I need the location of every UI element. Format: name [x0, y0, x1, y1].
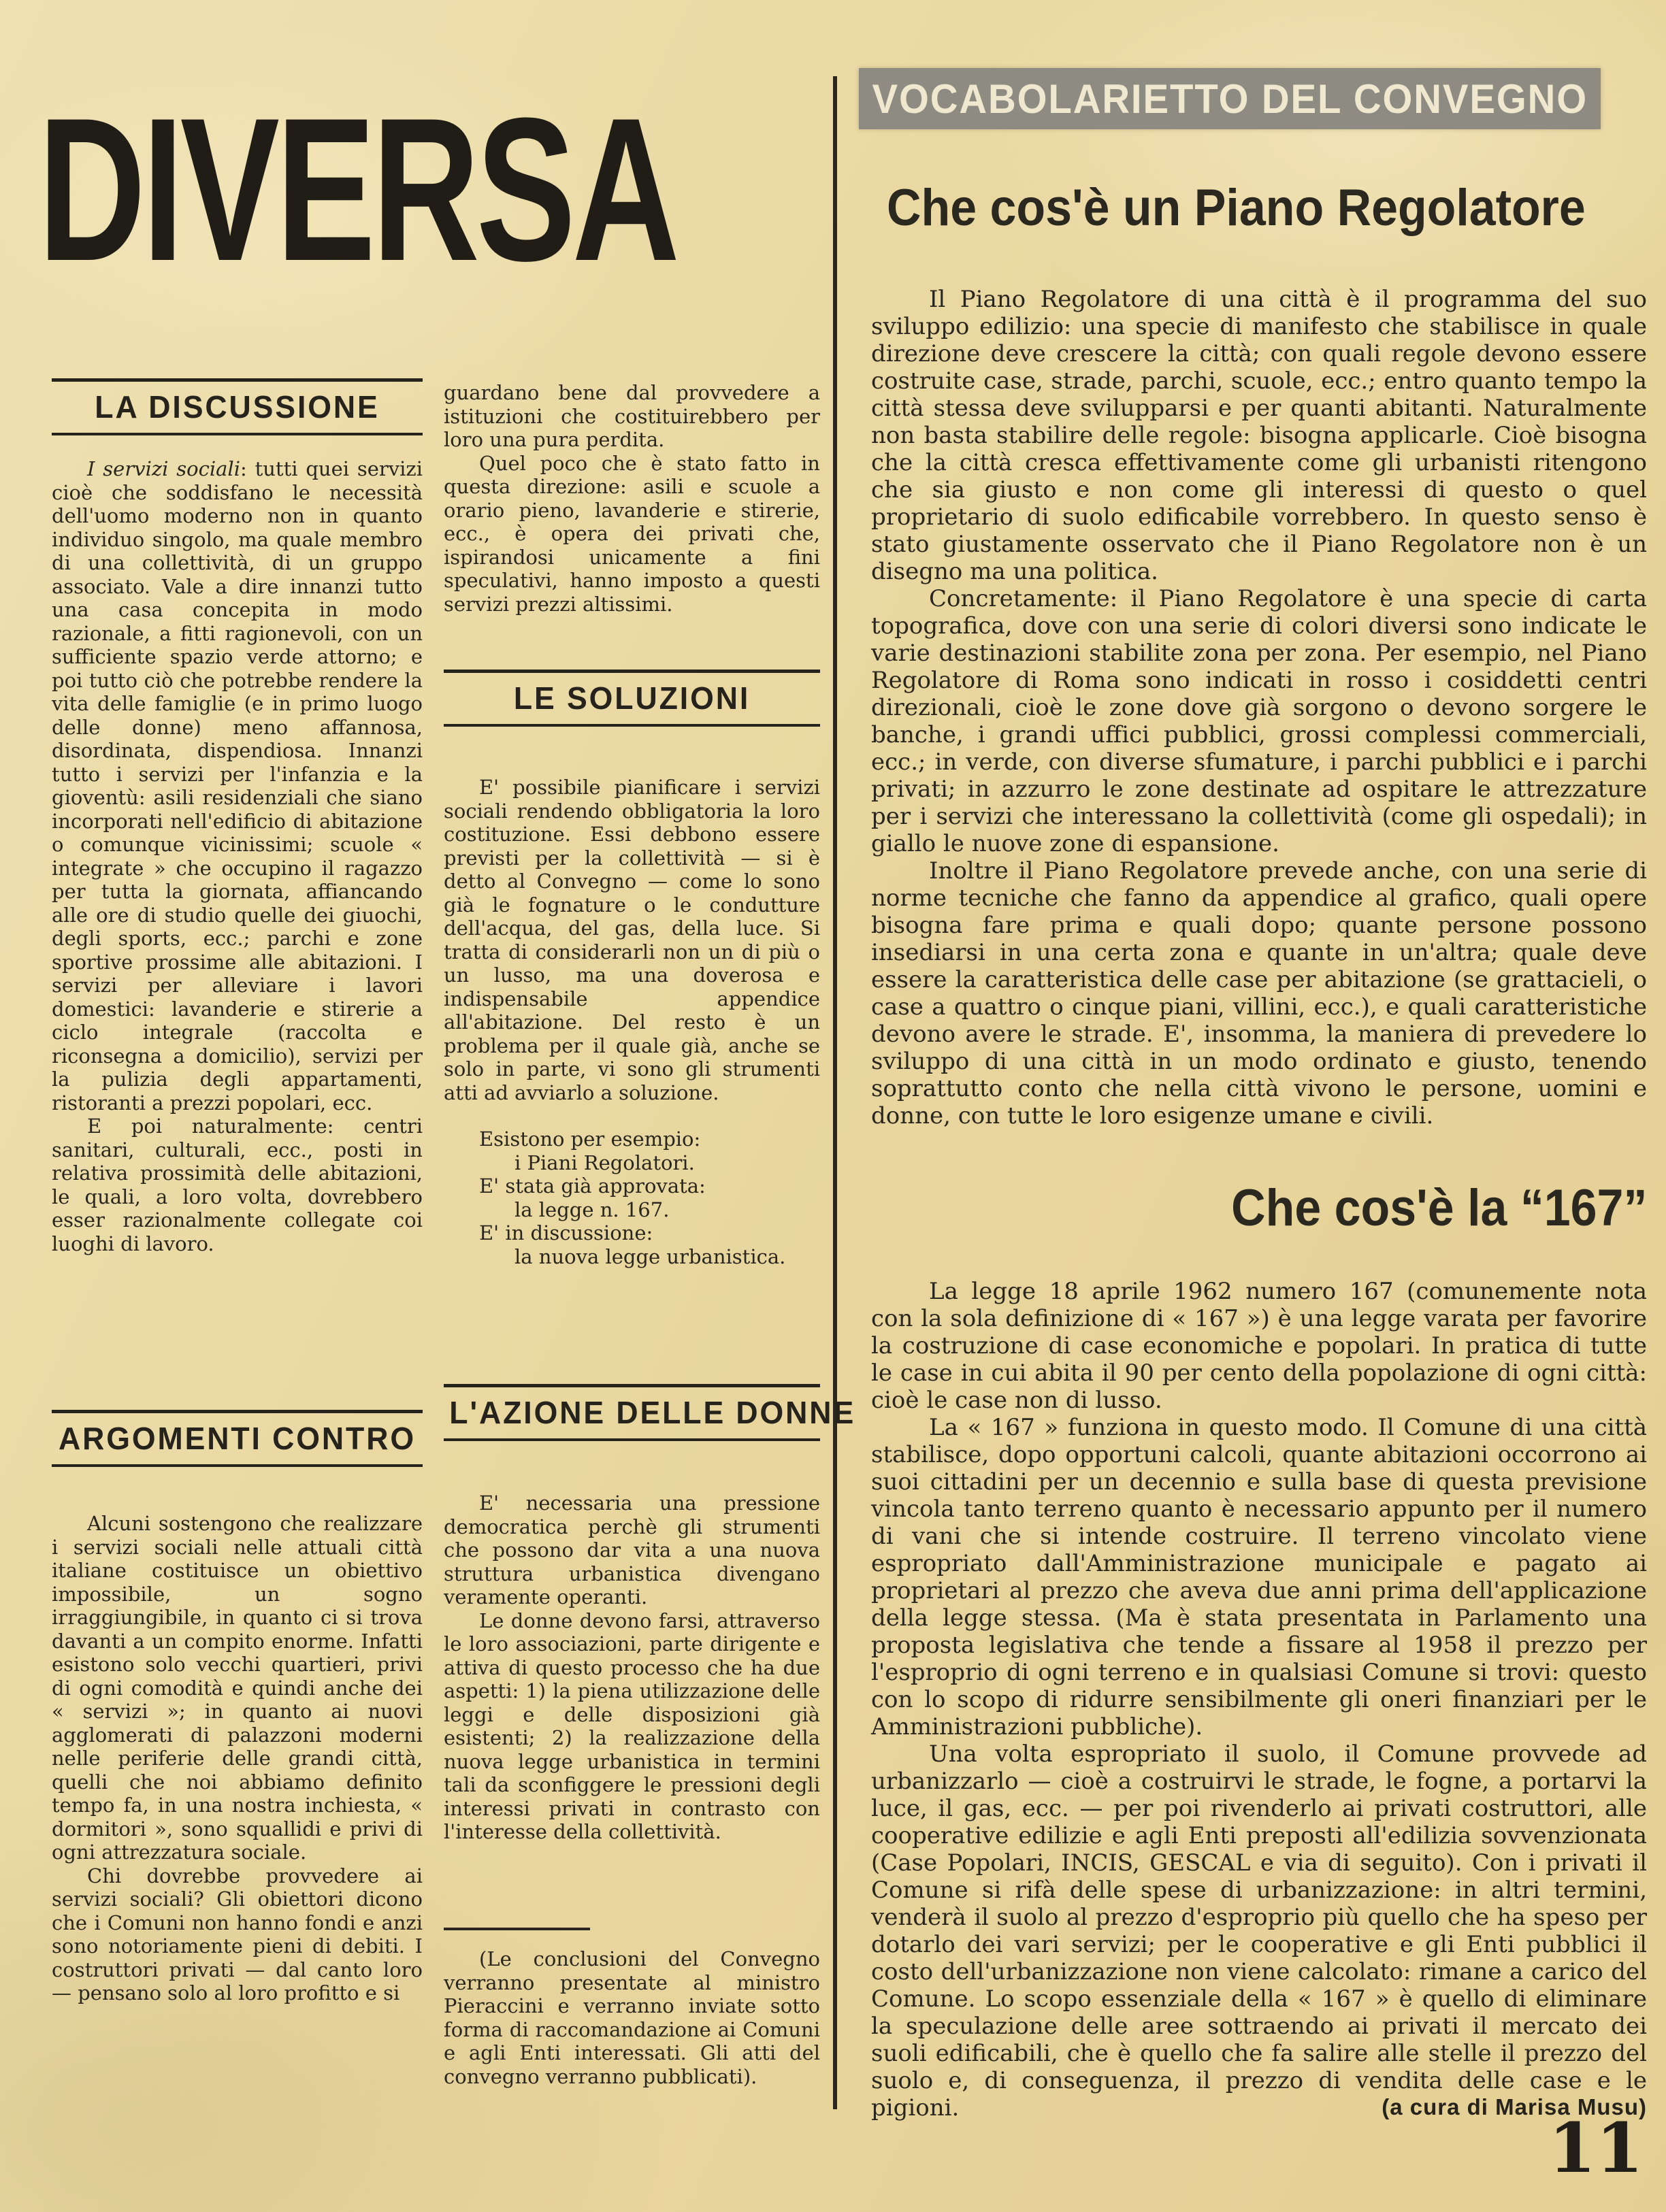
azione-delle-donne-body: E' necessaria una pressione democratica … [444, 1491, 820, 1844]
rule-bottom [444, 724, 820, 727]
paragraph: E' in discussione: [444, 1221, 820, 1245]
paragraph: Chi dovrebbe provvedere ai servizi socia… [52, 1864, 423, 2005]
article2-title: Che cos'è la “167” [1231, 1183, 1647, 1234]
paragraph: La legge 18 aprile 1962 numero 167 (comu… [871, 1278, 1647, 1414]
paragraph: (Le conclusioni del Convegno verranno pr… [444, 1947, 820, 2088]
author-credit: (a cura di Marisa Musu) [871, 2094, 1647, 2120]
rule-bottom [444, 1438, 820, 1441]
lead-italic: I servizi sociali [87, 457, 240, 480]
paragraph-list: E poi naturalmente: centri sanitari, cul… [52, 1115, 423, 1255]
banner-title: VOCABOLARIETTO DEL CONVEGNO [872, 76, 1587, 122]
section-title: ARGOMENTI CONTRO [57, 1421, 417, 1456]
paragraph: guardano bene dal provvedere a istituzio… [444, 381, 820, 452]
la-discussione-body: I servizi sociali: tutti quei servizi ci… [52, 457, 423, 1255]
rule-top [52, 1410, 423, 1413]
paragraph: la legge n. 167. [444, 1198, 820, 1222]
paragraph: Quel poco che è stato fatto in questa di… [444, 452, 820, 616]
rule-top [52, 378, 423, 382]
page-number: 11 [1545, 2108, 1647, 2188]
note-divider-rule [444, 1928, 590, 1930]
section-title: LE SOLUZIONI [449, 681, 814, 716]
paragraph: Inoltre il Piano Regolatore prevede anch… [871, 857, 1647, 1129]
rule-top [444, 1384, 820, 1387]
section-title: L'AZIONE DELLE DONNE [449, 1396, 814, 1430]
paragraph-list: E' possibile pianificare i servizi socia… [444, 776, 820, 1104]
le-soluzioni-body: E' possibile pianificare i servizi socia… [444, 776, 820, 1268]
paragraph: E poi naturalmente: centri sanitari, cul… [52, 1115, 423, 1255]
paragraph: I servizi sociali: tutti quei servizi ci… [52, 457, 423, 1115]
paragraph: Concretamente: il Piano Regolatore è una… [871, 585, 1647, 857]
paragraph: E' stata già approvata: [444, 1174, 820, 1198]
page-headline: DIVERSA [38, 87, 676, 291]
paragraph: Alcuni sostengono che realizzare i servi… [52, 1512, 423, 1864]
argomenti-contro-body: Alcuni sostengono che realizzare i servi… [52, 1512, 423, 2005]
section-title: LA DISCUSSIONE [57, 390, 417, 425]
section-header-argomenti-contro: ARGOMENTI CONTRO [52, 1410, 423, 1467]
article1-title: Che cos'è un Piano Regolatore [887, 182, 1586, 234]
lead-rest: : tutti quei servizi cioè che soddisfano… [52, 457, 423, 1115]
paragraph: E' necessaria una pressione democratica … [444, 1491, 820, 1609]
convegno-note: (Le conclusioni del Convegno verranno pr… [444, 1947, 820, 2088]
banner-vocabolarietto: VOCABOLARIETTO DEL CONVEGNO [859, 68, 1601, 129]
paragraph: E' possibile pianificare i servizi socia… [444, 776, 820, 1104]
paragraph: Il Piano Regolatore di una città è il pr… [871, 286, 1647, 585]
rule-bottom [52, 433, 423, 435]
middle-intro-body: guardano bene dal provvedere a istituzio… [444, 381, 820, 616]
soluzioni-list: Esistono per esempio:i Piani Regolatori.… [444, 1127, 820, 1268]
section-header-le-soluzioni: LE SOLUZIONI [444, 670, 820, 727]
paragraph: Una volta espropriato il suolo, il Comun… [871, 1740, 1647, 2122]
paragraph: Esistono per esempio: [444, 1127, 820, 1151]
column-divider-rule [833, 76, 837, 2109]
paragraph: la nuova legge urbanistica. [444, 1245, 820, 1269]
paragraph: Le donne devono farsi, attraverso le lor… [444, 1609, 820, 1844]
paragraph: i Piani Regolatori. [444, 1151, 820, 1175]
article1-body: Il Piano Regolatore di una città è il pr… [871, 286, 1647, 1129]
rule-top [444, 670, 820, 673]
paragraph: La « 167 » funziona in questo modo. Il C… [871, 1414, 1647, 1740]
section-header-la-discussione: LA DISCUSSIONE [52, 378, 423, 435]
rule-bottom [52, 1464, 423, 1467]
article2-body: La legge 18 aprile 1962 numero 167 (comu… [871, 1278, 1647, 2122]
section-header-azione-delle-donne: L'AZIONE DELLE DONNE [444, 1384, 820, 1441]
article2-title-wrap: Che cos'è la “167” [871, 1183, 1647, 1234]
